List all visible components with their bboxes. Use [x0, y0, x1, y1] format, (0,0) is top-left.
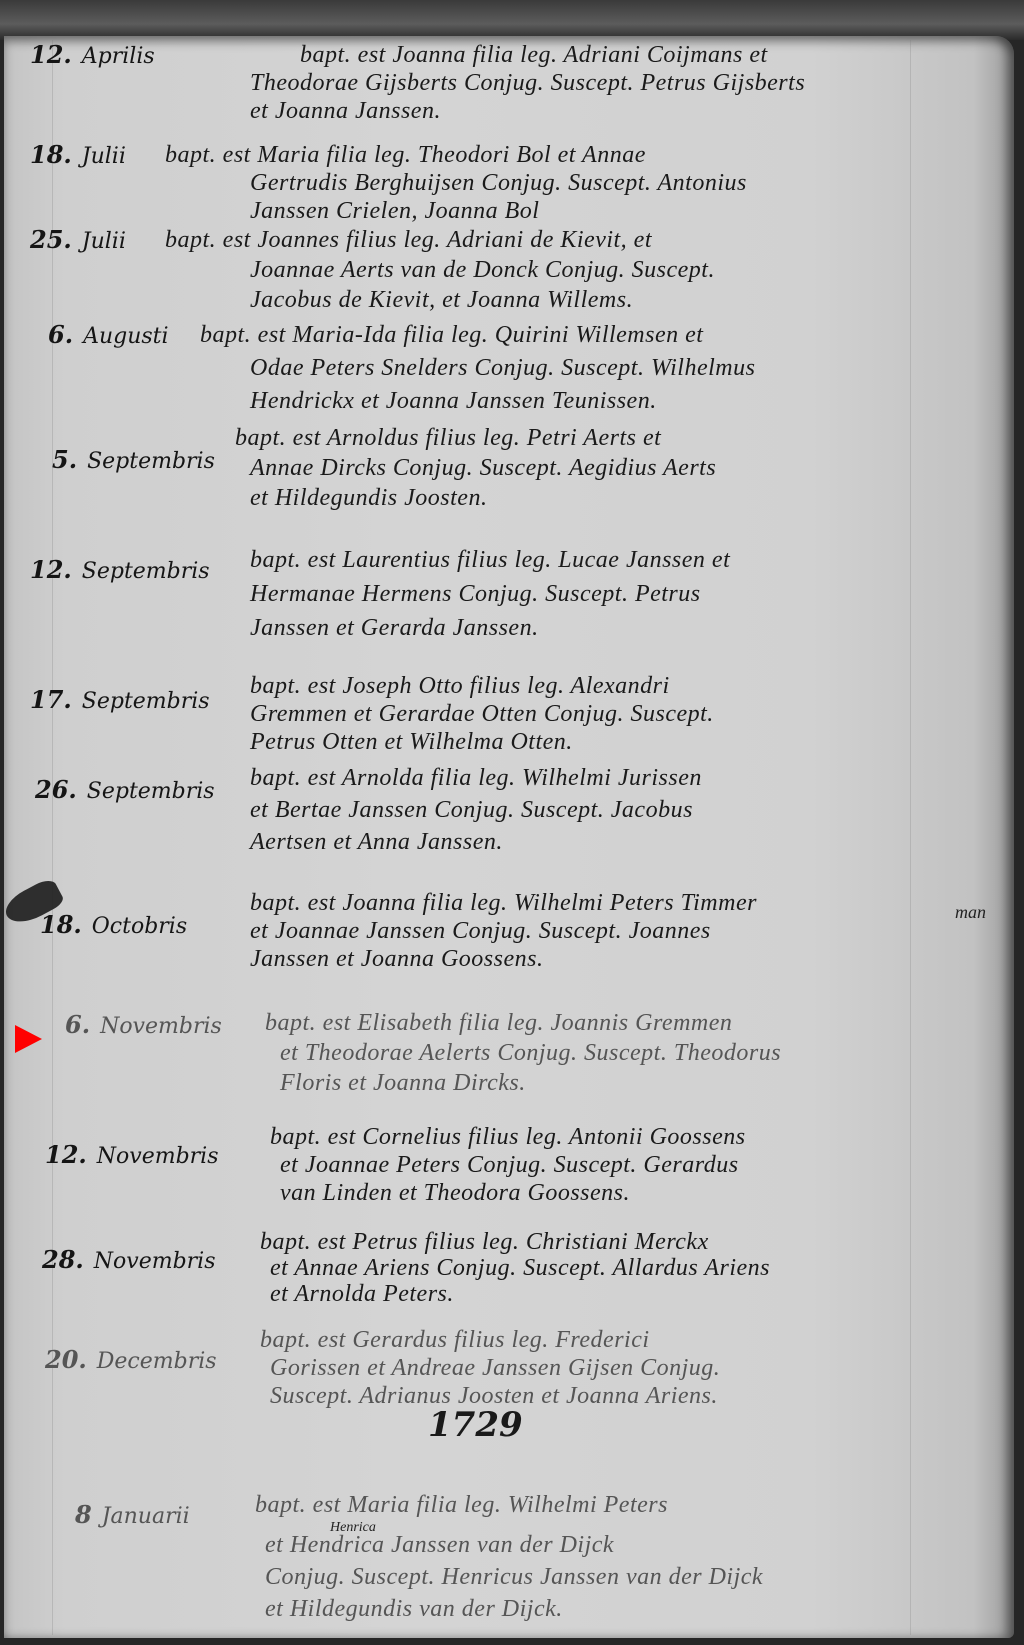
- margin-rule: [910, 40, 911, 1635]
- entry-line: Hermanae Hermens Conjug. Suscept. Petrus: [250, 581, 701, 608]
- entry-date: 12.Novembris: [45, 1140, 219, 1169]
- entry-line: Hendrickx et Joanna Janssen Teunissen.: [250, 388, 657, 415]
- entry-month: Augusti: [83, 324, 168, 349]
- entry-line: bapt. est Joanna filia leg. Adriani Coij…: [300, 42, 768, 69]
- entry-date: 12.Aprilis: [30, 40, 155, 69]
- entry-line: bapt. est Arnoldus filius leg. Petri Aer…: [235, 425, 661, 452]
- entry-day: 8: [75, 1500, 92, 1529]
- entry-day: 25.: [30, 225, 72, 254]
- entry-day: 6.: [48, 320, 73, 349]
- entry-line: et Bertae Janssen Conjug. Suscept. Jacob…: [250, 797, 693, 824]
- entry-day: 28.: [42, 1245, 84, 1274]
- entry-line: Floris et Joanna Dircks.: [280, 1070, 526, 1097]
- margin-note: man: [955, 902, 986, 923]
- entry-month: Septembris: [82, 689, 210, 714]
- entry-month: Aprilis: [82, 44, 155, 69]
- entry-date: 18.Octobris: [40, 910, 187, 939]
- entry-date: 17.Septembris: [30, 685, 210, 714]
- entry-day: 20.: [45, 1345, 87, 1374]
- entry-line: et Theodorae Aelerts Conjug. Suscept. Th…: [280, 1040, 781, 1067]
- entry-date: 18.Julii: [30, 140, 126, 169]
- entry-day: 17.: [30, 685, 72, 714]
- entry-line: bapt. est Maria filia leg. Wilhelmi Pete…: [255, 1492, 668, 1519]
- entry-day: 12.: [30, 555, 72, 584]
- entry-month: Novembris: [94, 1249, 216, 1274]
- entry-line: Janssen Crielen, Joanna Bol: [250, 198, 539, 225]
- entry-date: 6.Novembris: [65, 1010, 222, 1039]
- entry-day: 12.: [45, 1140, 87, 1169]
- entry-line: et Joannae Peters Conjug. Suscept. Gerar…: [280, 1152, 739, 1179]
- entry-line: bapt. est Joseph Otto filius leg. Alexan…: [250, 673, 670, 700]
- entry-line: et Joannae Janssen Conjug. Suscept. Joan…: [250, 918, 711, 945]
- entry-date: 26.Septembris: [35, 775, 215, 804]
- entry-line: Theodorae Gijsberts Conjug. Suscept. Pet…: [250, 70, 805, 97]
- entry-line: et Annae Ariens Conjug. Suscept. Allardu…: [270, 1255, 770, 1282]
- book-gutter-shadow: [0, 0, 1024, 40]
- entry-line: Gorissen et Andreae Janssen Gijsen Conju…: [270, 1355, 720, 1382]
- entry-line: Janssen et Gerarda Janssen.: [250, 615, 539, 642]
- entry-line: et Hendrica Janssen van der Dijck: [265, 1532, 614, 1559]
- entry-day: 6.: [65, 1010, 90, 1039]
- entry-line: Aertsen et Anna Janssen.: [250, 829, 503, 856]
- entry-line: bapt. est Maria-Ida filia leg. Quirini W…: [200, 322, 703, 349]
- entry-month: Octobris: [92, 914, 187, 939]
- entry-date: 28.Novembris: [42, 1245, 216, 1274]
- margin-rule: [52, 40, 53, 1635]
- entry-line: bapt. est Gerardus filius leg. Frederici: [260, 1327, 650, 1354]
- entry-date: 20.Decembris: [45, 1345, 217, 1374]
- entry-date: 5.Septembris: [52, 445, 215, 474]
- entry-line: Joannae Aerts van de Donck Conjug. Susce…: [250, 257, 715, 284]
- entry-date: 6.Augusti: [48, 320, 169, 349]
- entry-line: et Arnolda Peters.: [270, 1281, 454, 1308]
- entry-line: bapt. est Cornelius filius leg. Antonii …: [270, 1124, 746, 1151]
- red-arrow-marker: [15, 1025, 42, 1053]
- entry-line: et Hildegundis Joosten.: [250, 485, 487, 512]
- entry-date: 8Januarii: [75, 1500, 190, 1529]
- entry-line: et Hildegundis van der Dijck.: [265, 1596, 563, 1623]
- scanned-register-image: 12.Aprilis bapt. est Joanna filia leg. A…: [0, 0, 1024, 1645]
- entry-month: Septembris: [87, 449, 215, 474]
- entry-line: Janssen et Joanna Goossens.: [250, 946, 543, 973]
- entry-line: bapt. est Joanna filia leg. Wilhelmi Pet…: [250, 890, 757, 917]
- entry-date: 12.Septembris: [30, 555, 210, 584]
- entry-line: Odae Peters Snelders Conjug. Suscept. Wi…: [250, 355, 755, 382]
- entry-line: Conjug. Suscept. Henricus Janssen van de…: [265, 1564, 763, 1591]
- entry-line: et Joanna Janssen.: [250, 98, 441, 125]
- entry-day: 12.: [30, 40, 72, 69]
- entry-line: bapt. est Arnolda filia leg. Wilhelmi Ju…: [250, 765, 702, 792]
- entry-day: 18.: [40, 910, 82, 939]
- entry-date: 25.Julii: [30, 225, 126, 254]
- entry-line: Annae Dircks Conjug. Suscept. Aegidius A…: [250, 455, 716, 482]
- entry-month: Januarii: [102, 1504, 190, 1529]
- entry-day: 18.: [30, 140, 72, 169]
- entry-month: Decembris: [97, 1349, 217, 1374]
- entry-month: Septembris: [82, 559, 210, 584]
- entry-line: bapt. est Maria filia leg. Theodori Bol …: [165, 142, 646, 169]
- entry-line: bapt. est Joannes filius leg. Adriani de…: [165, 227, 652, 254]
- entry-month: Julii: [82, 144, 126, 169]
- entry-line: bapt. est Petrus filius leg. Christiani …: [260, 1229, 709, 1256]
- entry-line: Petrus Otten et Wilhelma Otten.: [250, 729, 573, 756]
- entry-line: bapt. est Laurentius filius leg. Lucae J…: [250, 547, 730, 574]
- entry-line: Jacobus de Kievit, et Joanna Willems.: [250, 287, 633, 314]
- entry-month: Julii: [82, 229, 126, 254]
- entry-month: Novembris: [100, 1014, 222, 1039]
- year-heading: 1729: [428, 1405, 523, 1445]
- entry-day: 26.: [35, 775, 77, 804]
- entry-month: Septembris: [87, 779, 215, 804]
- entry-day: 5.: [52, 445, 77, 474]
- entry-line: Gertrudis Berghuijsen Conjug. Suscept. A…: [250, 170, 747, 197]
- entry-month: Novembris: [97, 1144, 219, 1169]
- entry-line: Gremmen et Gerardae Otten Conjug. Suscep…: [250, 701, 714, 728]
- entry-line: van Linden et Theodora Goossens.: [280, 1180, 630, 1207]
- entry-line: bapt. est Elisabeth filia leg. Joannis G…: [265, 1010, 732, 1037]
